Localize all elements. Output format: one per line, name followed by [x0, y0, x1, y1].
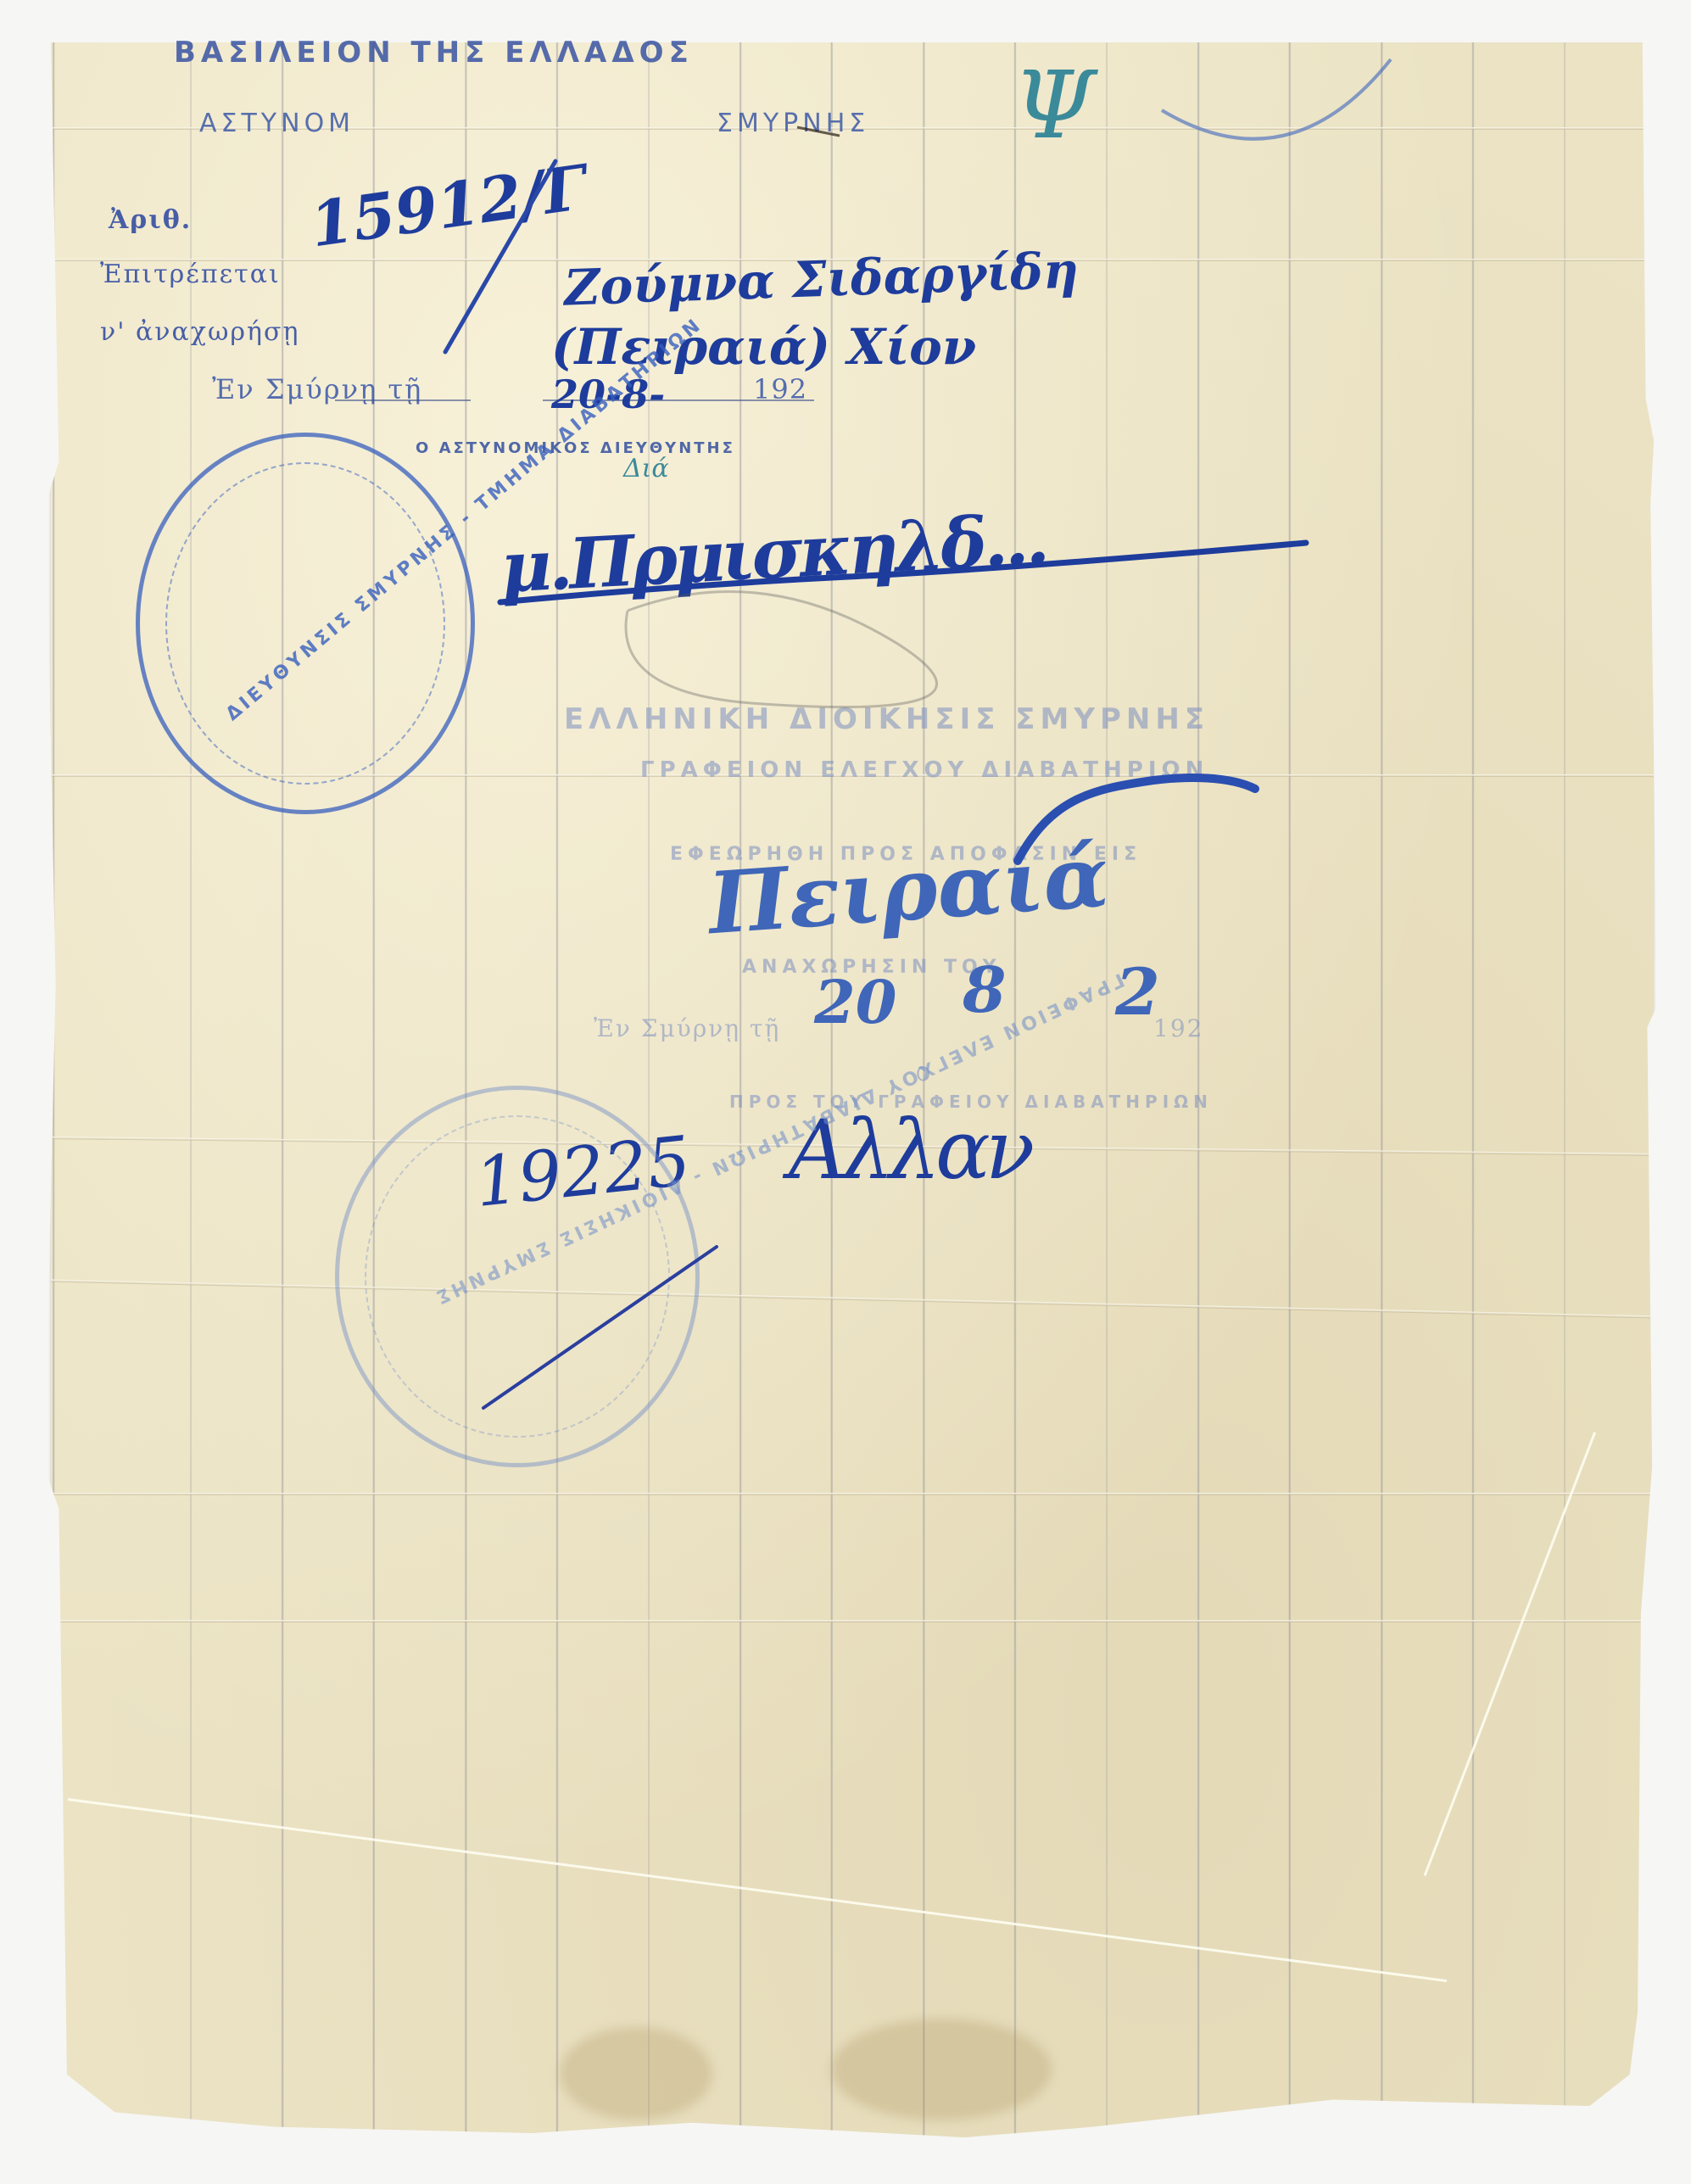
age-stain [831, 2019, 1052, 2120]
director-label: Ο ΑΣΤΥΝΟΜΙΚΟΣ ΔΙΕΥΘΥΝΤΗΣ [416, 439, 735, 457]
police-label-right: ΣΜΥΡΝΗΣ [717, 109, 869, 138]
upper-police-seal [136, 433, 475, 814]
top-initials: Ψ [1013, 51, 1095, 159]
second-print-line2: ΓΡΑΦΕΙΟΝ ΕΛΕΓΧΟΥ ΔΙΑΒΑΤΗΡΙΩΝ [640, 757, 1208, 783]
second-print-year: 192 [1153, 1014, 1203, 1042]
fold-crease [51, 1493, 1654, 1495]
handwritten-note: Διά [623, 454, 669, 483]
police-label-left: ΑΣΤΥΝΟΜ [199, 109, 354, 138]
second-print-line1: ΕΛΛΗΝΙΚΗ ΔΙΟΙΚΗΣΙΣ ΣΜΥΡΝΗΣ [564, 702, 1209, 736]
handwritten-month-2: 8 [963, 954, 1007, 1027]
handwritten-year-2: 2 [1115, 954, 1160, 1030]
age-stain [560, 2027, 712, 2120]
number-label: Ἀριθ. [109, 205, 192, 235]
handwritten-day-2: 20 [814, 967, 896, 1037]
handwritten-destination-line2: (Πειραιά) Χίον [551, 318, 976, 376]
kingdom-heading: ΒΑΣΙΛΕΙΟΝ ΤΗΣ ΕΛΛΑΔΟΣ [174, 36, 694, 70]
year-prefix: 192 [753, 373, 807, 405]
permit-label: Ἐπιτρέπεται [100, 260, 281, 289]
lower-passport-seal [335, 1086, 700, 1467]
fold-crease [51, 1620, 1654, 1623]
depart-label: ν' ἀναχωρήσῃ [100, 317, 299, 347]
second-print-line5: Ἐν Σμύρνῃ τῇ [594, 1014, 780, 1042]
date-underline [335, 399, 471, 401]
